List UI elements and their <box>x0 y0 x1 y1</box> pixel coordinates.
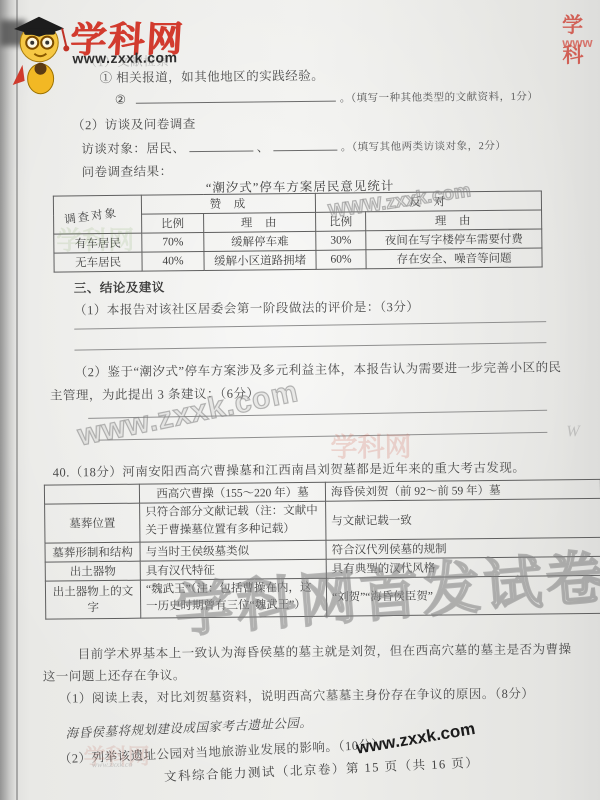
row-label-cell: 出土器物 <box>45 561 140 581</box>
cao-cell: 只符合部分文献记载（注：文献中关于曹操墓位置有多种记载） <box>140 501 326 542</box>
interview-note: 。（填写其他两类访谈对象，2分） <box>341 141 507 154</box>
answer-line <box>74 342 546 350</box>
cao-tomb-header: 西高穴曹操（155～220 年）墓 <box>139 482 325 503</box>
ghost-url-watermark: www.zxxk.co <box>92 760 133 769</box>
answer-blank <box>273 138 337 152</box>
q40-paragraph-line2: 这一问题上还存在争议。 <box>43 665 186 684</box>
corner-logo-url: www <box>562 35 592 50</box>
interview-separator: 、 <box>257 140 270 154</box>
approve-pct-cell: 40% <box>142 251 204 271</box>
answer-blank <box>136 89 336 104</box>
oppose-pct-cell: 30% <box>316 231 366 251</box>
oppose-pct-cell: 60% <box>316 250 366 270</box>
interview-prefix: 访谈对象：居民、 <box>81 141 185 156</box>
edge-watermark-fragment: W <box>566 423 580 441</box>
approve-reason-cell: 缓解小区道路拥堵 <box>204 250 316 270</box>
conclusion-heading: 三、结论及建议 <box>74 277 165 296</box>
row-label-cell: 出土器物上的文字 <box>45 580 140 620</box>
zxxk-logo-url: www.zxxk.com <box>72 49 177 66</box>
approve-pct-cell: 70% <box>142 232 204 252</box>
answer-blank <box>189 138 253 152</box>
oppose-reason-cell: 存在安全、噪音等问题 <box>366 248 542 269</box>
scanned-exam-page: （1）文献检索 学科网 www.zxxk.com 学科 <box>0 0 600 800</box>
row-label-cell: 墓葬形制和结构 <box>45 542 140 562</box>
approve-reason-cell: 缓解停车难 <box>204 231 316 251</box>
answer-line <box>74 321 546 329</box>
table1-subheader: 理由 <box>204 212 316 232</box>
oppose-reason-cell: 夜间在写字楼停车需要付费 <box>366 229 542 250</box>
conclusion-q1: （1）本报告对该社区居委会第一阶段做法的评价是：（3分） <box>74 297 419 319</box>
q40-subquestion-1: （1）阅读上表，对比刘贺墓资料，说明西高穴墓墓主身份存在争议的原因。（8分） <box>59 684 534 707</box>
row-label-cell: 墓葬位置 <box>45 503 140 543</box>
q40-paragraph-line1: 目前学术界基本上一致认为海昏侯墓的墓主就是刘贺，但在西高穴墓的墓主是否为曹操 <box>78 639 572 662</box>
item2-number: ② <box>115 93 127 107</box>
literature-item-1: ① 相关报道，如其他地区的实践经验。 <box>100 66 325 86</box>
interview-line: 访谈对象：居民、 、 。（填写其他两类访谈对象，2分） <box>81 135 506 157</box>
literature-item-2: ② 。（填写一种其他类型的文献资料，1分） <box>115 86 539 107</box>
question40-intro: 40.（18分）河南安阳西高穴曹操墓和江西南昌刘贺墓都是近年来的重大考古发现。 <box>53 458 526 481</box>
table1-approve-header: 赞成 <box>141 193 315 214</box>
q40-note: 海昏侯墓将规划建设成国家考古遗址公园。 <box>65 713 313 742</box>
ghost-logo-watermark: 学科网 <box>56 220 134 258</box>
zxxk-mascot-icon <box>10 6 71 99</box>
item2-note: 。（填写一种其他类型的文献资料，1分） <box>340 91 539 104</box>
conclusion-q2-line1: （2）鉴于“潮汐式”停车方案涉及多元利益主体，本报告认为需要进一步完善小区的民 <box>75 357 562 380</box>
survey-heading: （2）访谈及问卷调查 <box>72 114 196 133</box>
table1-subheader: 比例 <box>142 213 204 233</box>
paper-sheet: （1）文献检索 学科网 www.zxxk.com 学科 <box>0 0 600 800</box>
survey-result-label: 问卷调查结果： <box>81 161 172 180</box>
empty-corner-cell <box>44 484 139 504</box>
